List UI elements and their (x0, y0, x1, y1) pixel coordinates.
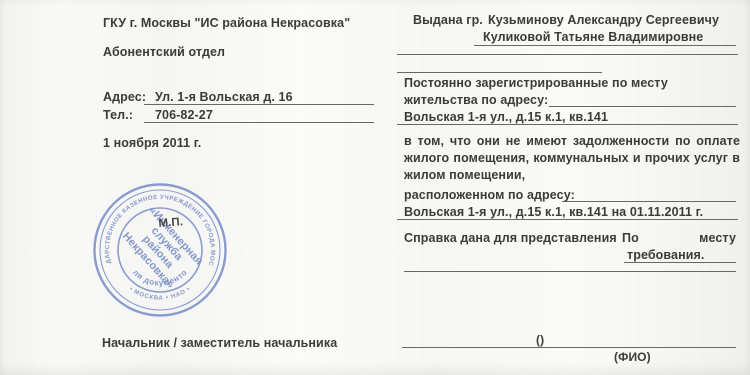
stamp-graphic: ГОСУДАРСТВЕННОЕ КАЗЕННОЕ УЧРЕЖДЕНИЕ ГОРО… (90, 180, 230, 320)
signature-line (402, 347, 736, 348)
department-name: Абонентский отдел (103, 45, 225, 59)
certificate-document: ГКУ г. Москвы "ИС района Некрасовка" Або… (0, 0, 750, 375)
phone-label: Тел.: (103, 108, 133, 122)
registered-address-underline (397, 124, 738, 125)
purpose-underline (624, 262, 736, 263)
document-date: 1 ноября 2011 г. (103, 136, 201, 150)
located-label-underline (562, 201, 736, 202)
signature-role: Начальник / заместитель начальника (102, 336, 337, 350)
issued-name-1: Кузьминову Александру Сергеевичу (488, 13, 719, 27)
registered-line-1: Постоянно зарегистрированные по месту (404, 76, 668, 90)
org-name: ГКУ г. Москвы "ИС района Некрасовка" (103, 16, 350, 30)
names-extra-line-2 (397, 72, 602, 73)
issued-to-label: Выдана гр. (413, 13, 483, 27)
round-stamp: ГОСУДАРСТВЕННОЕ КАЗЕННОЕ УЧРЕЖДЕНИЕ ГОРО… (90, 180, 230, 320)
no-debt-statement: в том, что они не имеют задолженности по… (404, 133, 740, 184)
names-extra-line-1 (397, 54, 738, 55)
stamp-place-mark: М.П. (158, 216, 183, 230)
registered-line-2: жительства по адресу: (404, 93, 548, 107)
address-label: Адрес: (103, 90, 146, 104)
names-underline (474, 45, 736, 46)
registered-address: Вольская 1-я ул., д.15 к.1, кв.141 (404, 110, 608, 124)
stamp-ring-bottom-text: • МОСКВА • НАО • (128, 285, 192, 301)
located-address: Вольская 1-я ул., д.15 к.1, кв.141 на 01… (404, 205, 703, 219)
located-address-underline (397, 219, 738, 220)
address-value: Ул. 1-я Вольская д. 16 (155, 90, 293, 104)
phone-underline (144, 122, 374, 123)
purpose-value-line-2: требования. (627, 248, 704, 262)
phone-value: 706-82-27 (155, 108, 213, 122)
purpose-word-1: По (622, 231, 639, 245)
address-underline (144, 104, 374, 105)
purpose-label: Справка дана для представления (404, 231, 617, 245)
purpose-value-line-1: По месту (622, 231, 736, 245)
registered-label-underline (549, 106, 736, 107)
located-label: расположенном по адресу: (404, 188, 575, 202)
purpose-word-2: месту (699, 231, 736, 245)
section-divider-line (404, 271, 736, 272)
signature-parentheses: () (536, 333, 544, 347)
signature-caption: (ФИО) (614, 350, 651, 364)
issued-name-2: Куликовой Татьяне Владимировне (483, 30, 703, 44)
